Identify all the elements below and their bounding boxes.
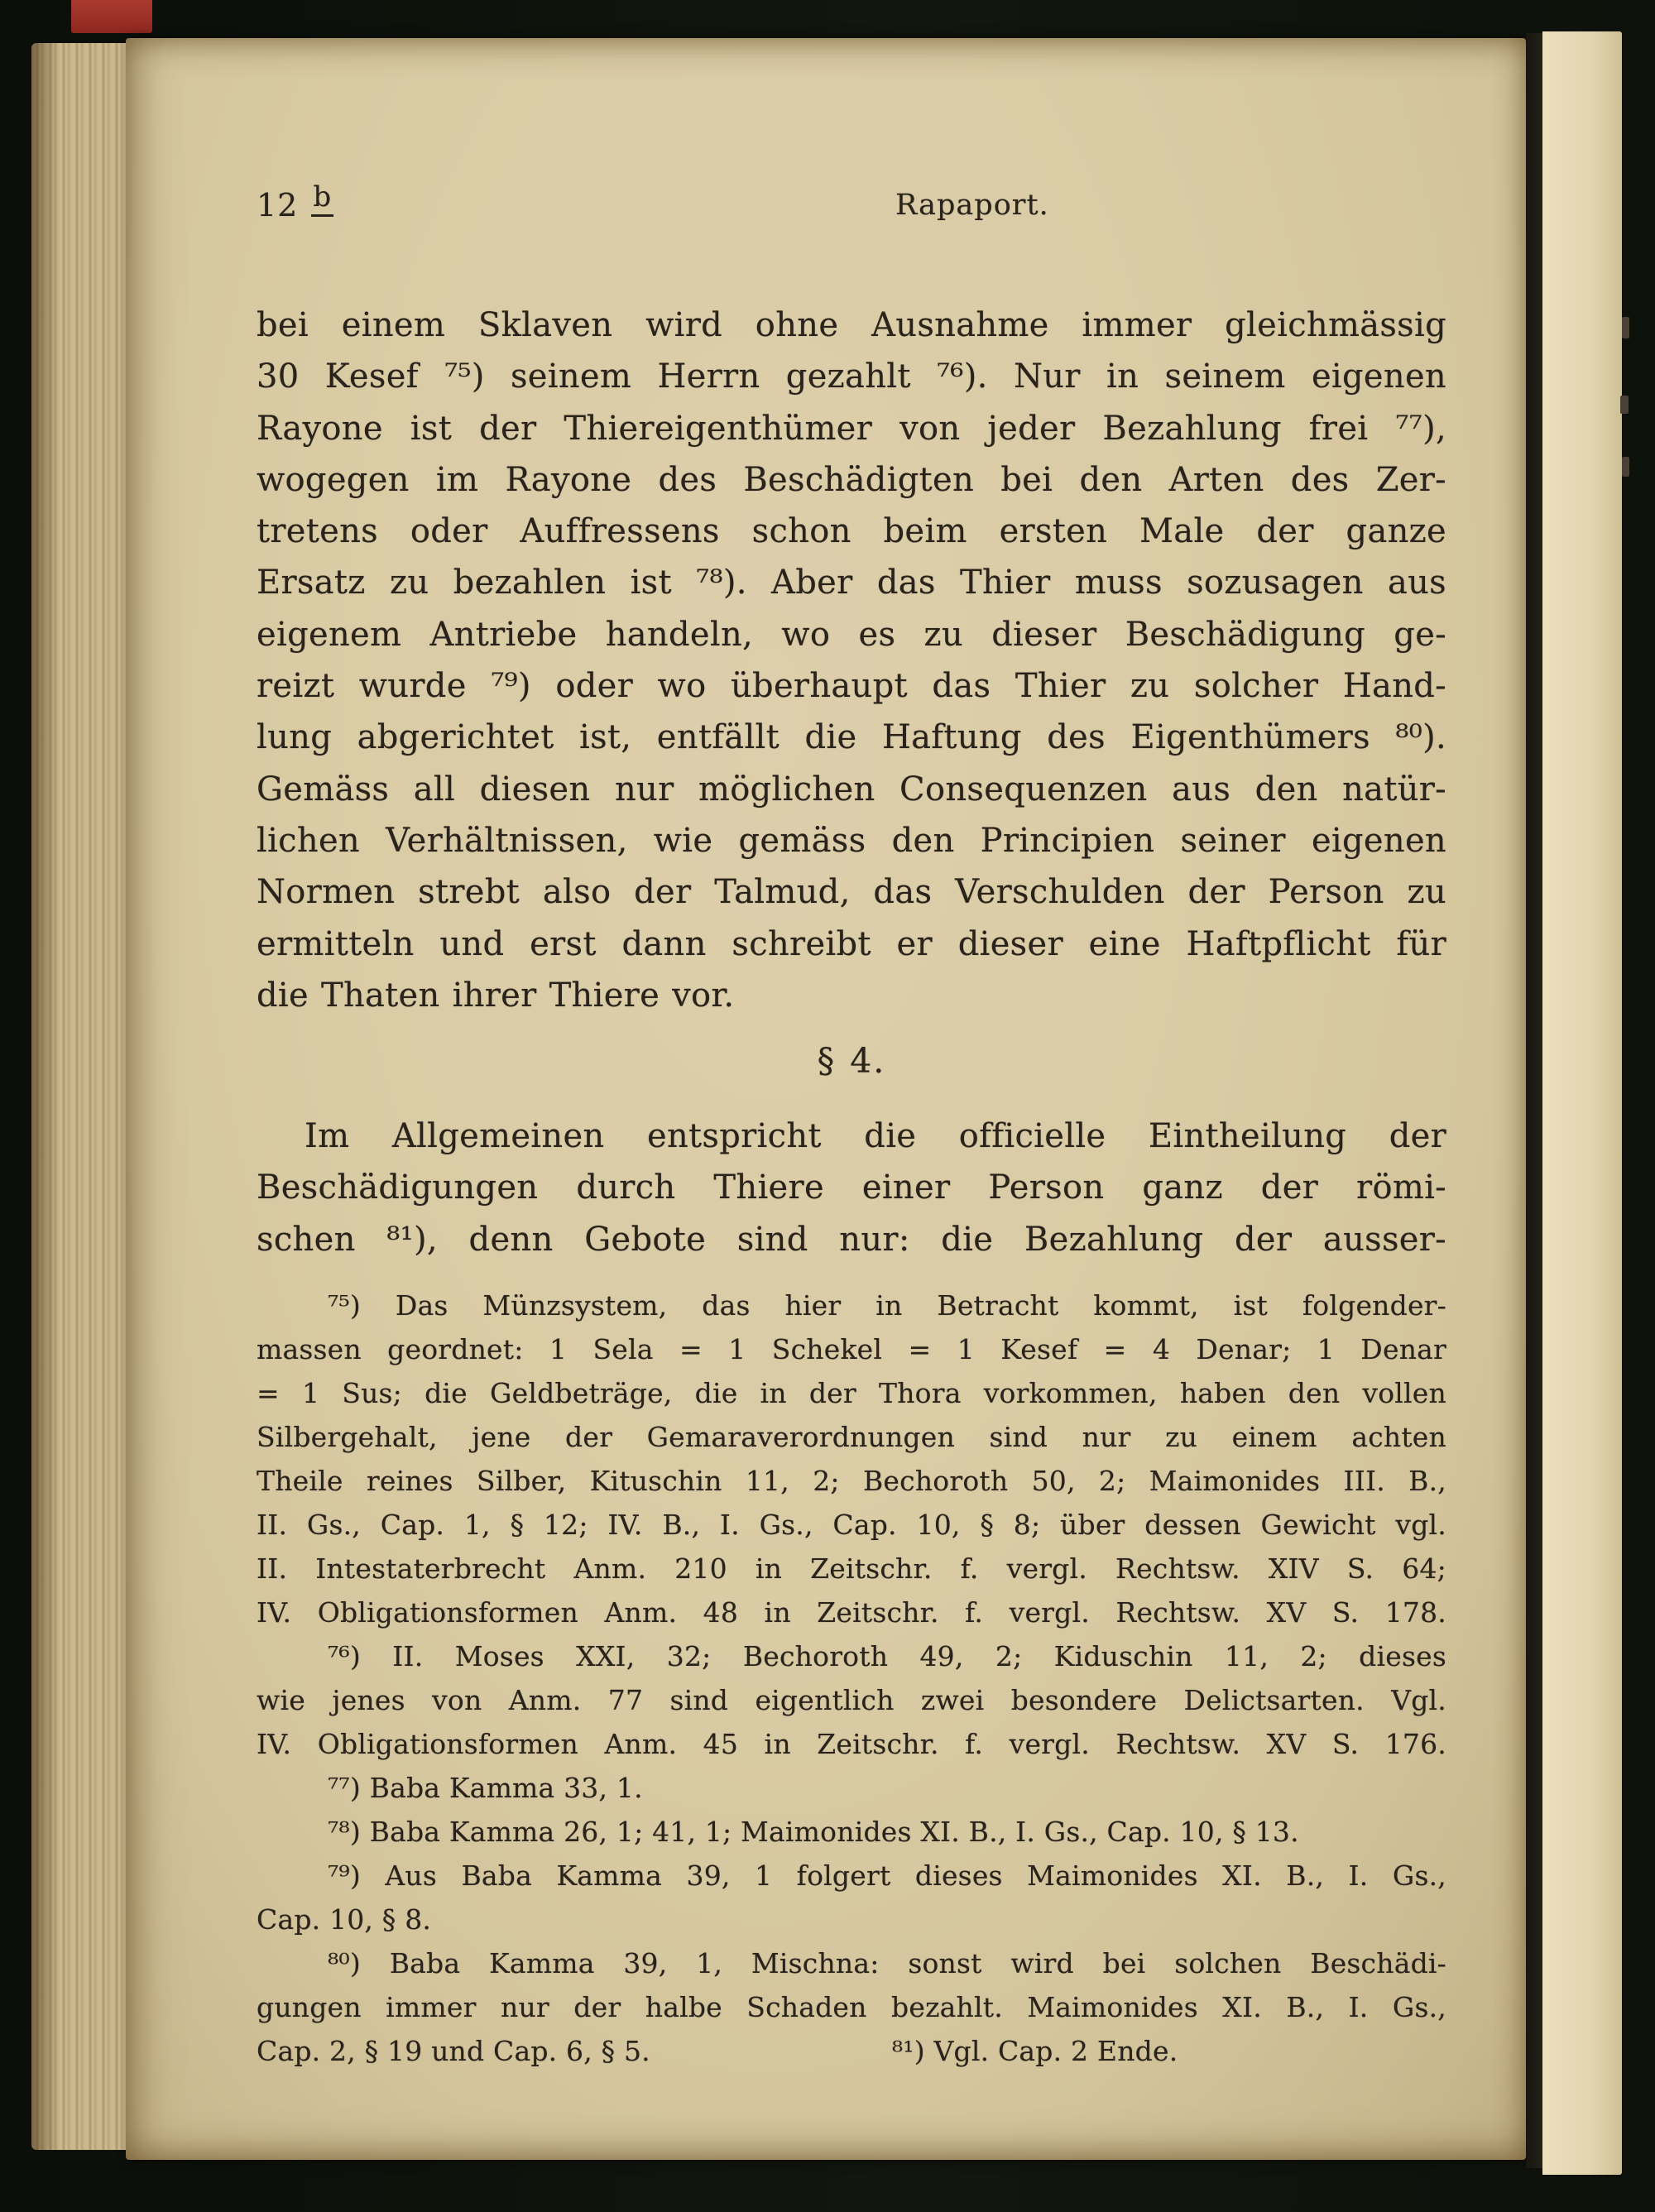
footnote-79: ⁷⁹) Aus Baba Kamma 39, 1 folgert dieses … — [257, 1854, 1446, 1941]
bleed-through-mark — [1620, 396, 1629, 414]
text-line: Im Allgemeinen entspricht die officielle… — [257, 1111, 1446, 1162]
text-line: II. Gs., Cap. 1, § 12; IV. B., I. Gs., C… — [257, 1503, 1446, 1547]
text-line: die Thaten ihrer Thiere vor. — [257, 970, 1446, 1021]
body-paragraph-2: Im Allgemeinen entspricht die officielle… — [257, 1111, 1446, 1265]
signature-letter: b — [311, 180, 333, 217]
page-gutter-shadow — [1526, 33, 1542, 2168]
bleed-through-mark — [1622, 457, 1629, 477]
red-spine-label — [71, 0, 152, 33]
footnote-76: ⁷⁶) II. Moses XXI, 32; Bechoroth 49, 2; … — [257, 1634, 1446, 1766]
text-line: eigenem Antriebe handeln, wo es zu diese… — [257, 609, 1446, 660]
footnote-80-last-line: Cap. 2, § 19 und Cap. 6, § 5. — [257, 2035, 650, 2067]
page-signature: 12b — [257, 187, 333, 227]
text-line: ⁸⁰) Baba Kamma 39, 1, Mischna: sonst wir… — [257, 1941, 1446, 1985]
text-line: massen geordnet: 1 Sela = 1 Schekel = 1 … — [257, 1327, 1446, 1371]
text-line: II. Intestaterbrecht Anm. 210 in Zeitsch… — [257, 1547, 1446, 1591]
text-line: ermitteln und erst dann schreibt er dies… — [257, 919, 1446, 970]
text-line: gungen immer nur der halbe Schaden bezah… — [257, 1985, 1446, 2029]
footnotes-block: ⁷⁵) Das Münzsystem, das hier in Betracht… — [257, 1284, 1446, 2073]
text-line: lichen Verhältnissen, wie gemäss den Pri… — [257, 815, 1446, 866]
footnote-81: ⁸¹) Vgl. Cap. 2 Ende. — [892, 2029, 1178, 2073]
text-line: ⁷⁷) Baba Kamma 33, 1. — [257, 1766, 1446, 1810]
footnote-80: ⁸⁰) Baba Kamma 39, 1, Mischna: sonst wir… — [257, 1941, 1446, 2029]
text-line: Cap. 10, § 8. — [257, 1898, 1446, 1941]
text-line: wogegen im Rayone des Beschädigten bei d… — [257, 454, 1446, 506]
scanned-book-photo: { "colors": { "paper": "#d9cba4", "ink":… — [0, 0, 1655, 2212]
bleed-through-mark — [1622, 317, 1629, 338]
page-header: 12b Rapaport. — [257, 184, 1446, 227]
running-head: Rapaport. — [895, 189, 1049, 222]
text-line: Rayone ist der Thiereigenthümer von jede… — [257, 403, 1446, 454]
text-line: 30 Kesef ⁷⁵) seinem Herrn gezahlt ⁷⁶). N… — [257, 351, 1446, 402]
section-heading: § 4. — [257, 1034, 1446, 1087]
page-edge-stack — [31, 43, 127, 2150]
text-line: reizt wurde ⁷⁹) oder wo überhaupt das Th… — [257, 660, 1446, 712]
text-line: Ersatz zu bezahlen ist ⁷⁸). Aber das Thi… — [257, 557, 1446, 608]
text-line: ⁷⁸) Baba Kamma 26, 1; 41, 1; Maimonides … — [257, 1810, 1446, 1854]
text-line: ⁷⁵) Das Münzsystem, das hier in Betracht… — [257, 1284, 1446, 1327]
text-line: ⁷⁶) II. Moses XXI, 32; Bechoroth 49, 2; … — [257, 1634, 1446, 1678]
text-line: lung abgerichtet ist, entfällt die Haftu… — [257, 712, 1446, 763]
signature-number: 12 — [257, 187, 298, 223]
text-line: = 1 Sus; die Geldbeträge, die in der Tho… — [257, 1371, 1446, 1415]
text-line: wie jenes von Anm. 77 sind eigentlich zw… — [257, 1678, 1446, 1722]
text-line: Beschädigungen durch Thiere einer Person… — [257, 1162, 1446, 1213]
text-line: ⁷⁹) Aus Baba Kamma 39, 1 folgert dieses … — [257, 1854, 1446, 1898]
text-line: Gemäss all diesen nur möglichen Conseque… — [257, 764, 1446, 815]
printed-text-block: 12b Rapaport. bei einem Sklaven wird ohn… — [257, 184, 1446, 2073]
text-line: Normen strebt also der Talmud, das Versc… — [257, 866, 1446, 918]
text-line: bei einem Sklaven wird ohne Ausnahme imm… — [257, 300, 1446, 351]
text-line: IV. Obligationsformen Anm. 48 in Zeitsch… — [257, 1591, 1446, 1634]
footnote-78: ⁷⁸) Baba Kamma 26, 1; 41, 1; Maimonides … — [257, 1810, 1446, 1854]
next-page-edge — [1542, 31, 1622, 2175]
footnote-75: ⁷⁵) Das Münzsystem, das hier in Betracht… — [257, 1284, 1446, 1634]
text-line: schen ⁸¹), denn Gebote sind nur: die Bez… — [257, 1214, 1446, 1265]
text-line: Silbergehalt, jene der Gemaraverordnunge… — [257, 1415, 1446, 1459]
footnote-77: ⁷⁷) Baba Kamma 33, 1. — [257, 1766, 1446, 1810]
text-line: tretens oder Auffressens schon beim erst… — [257, 506, 1446, 557]
text-line: IV. Obligationsformen Anm. 45 in Zeitsch… — [257, 1722, 1446, 1766]
body-paragraph-1: bei einem Sklaven wird ohne Ausnahme imm… — [257, 300, 1446, 1021]
text-line: Theile reines Silber, Kituschin 11, 2; B… — [257, 1459, 1446, 1503]
footnote-80-81-shared-line: Cap. 2, § 19 und Cap. 6, § 5.⁸¹) Vgl. Ca… — [257, 2029, 1446, 2073]
